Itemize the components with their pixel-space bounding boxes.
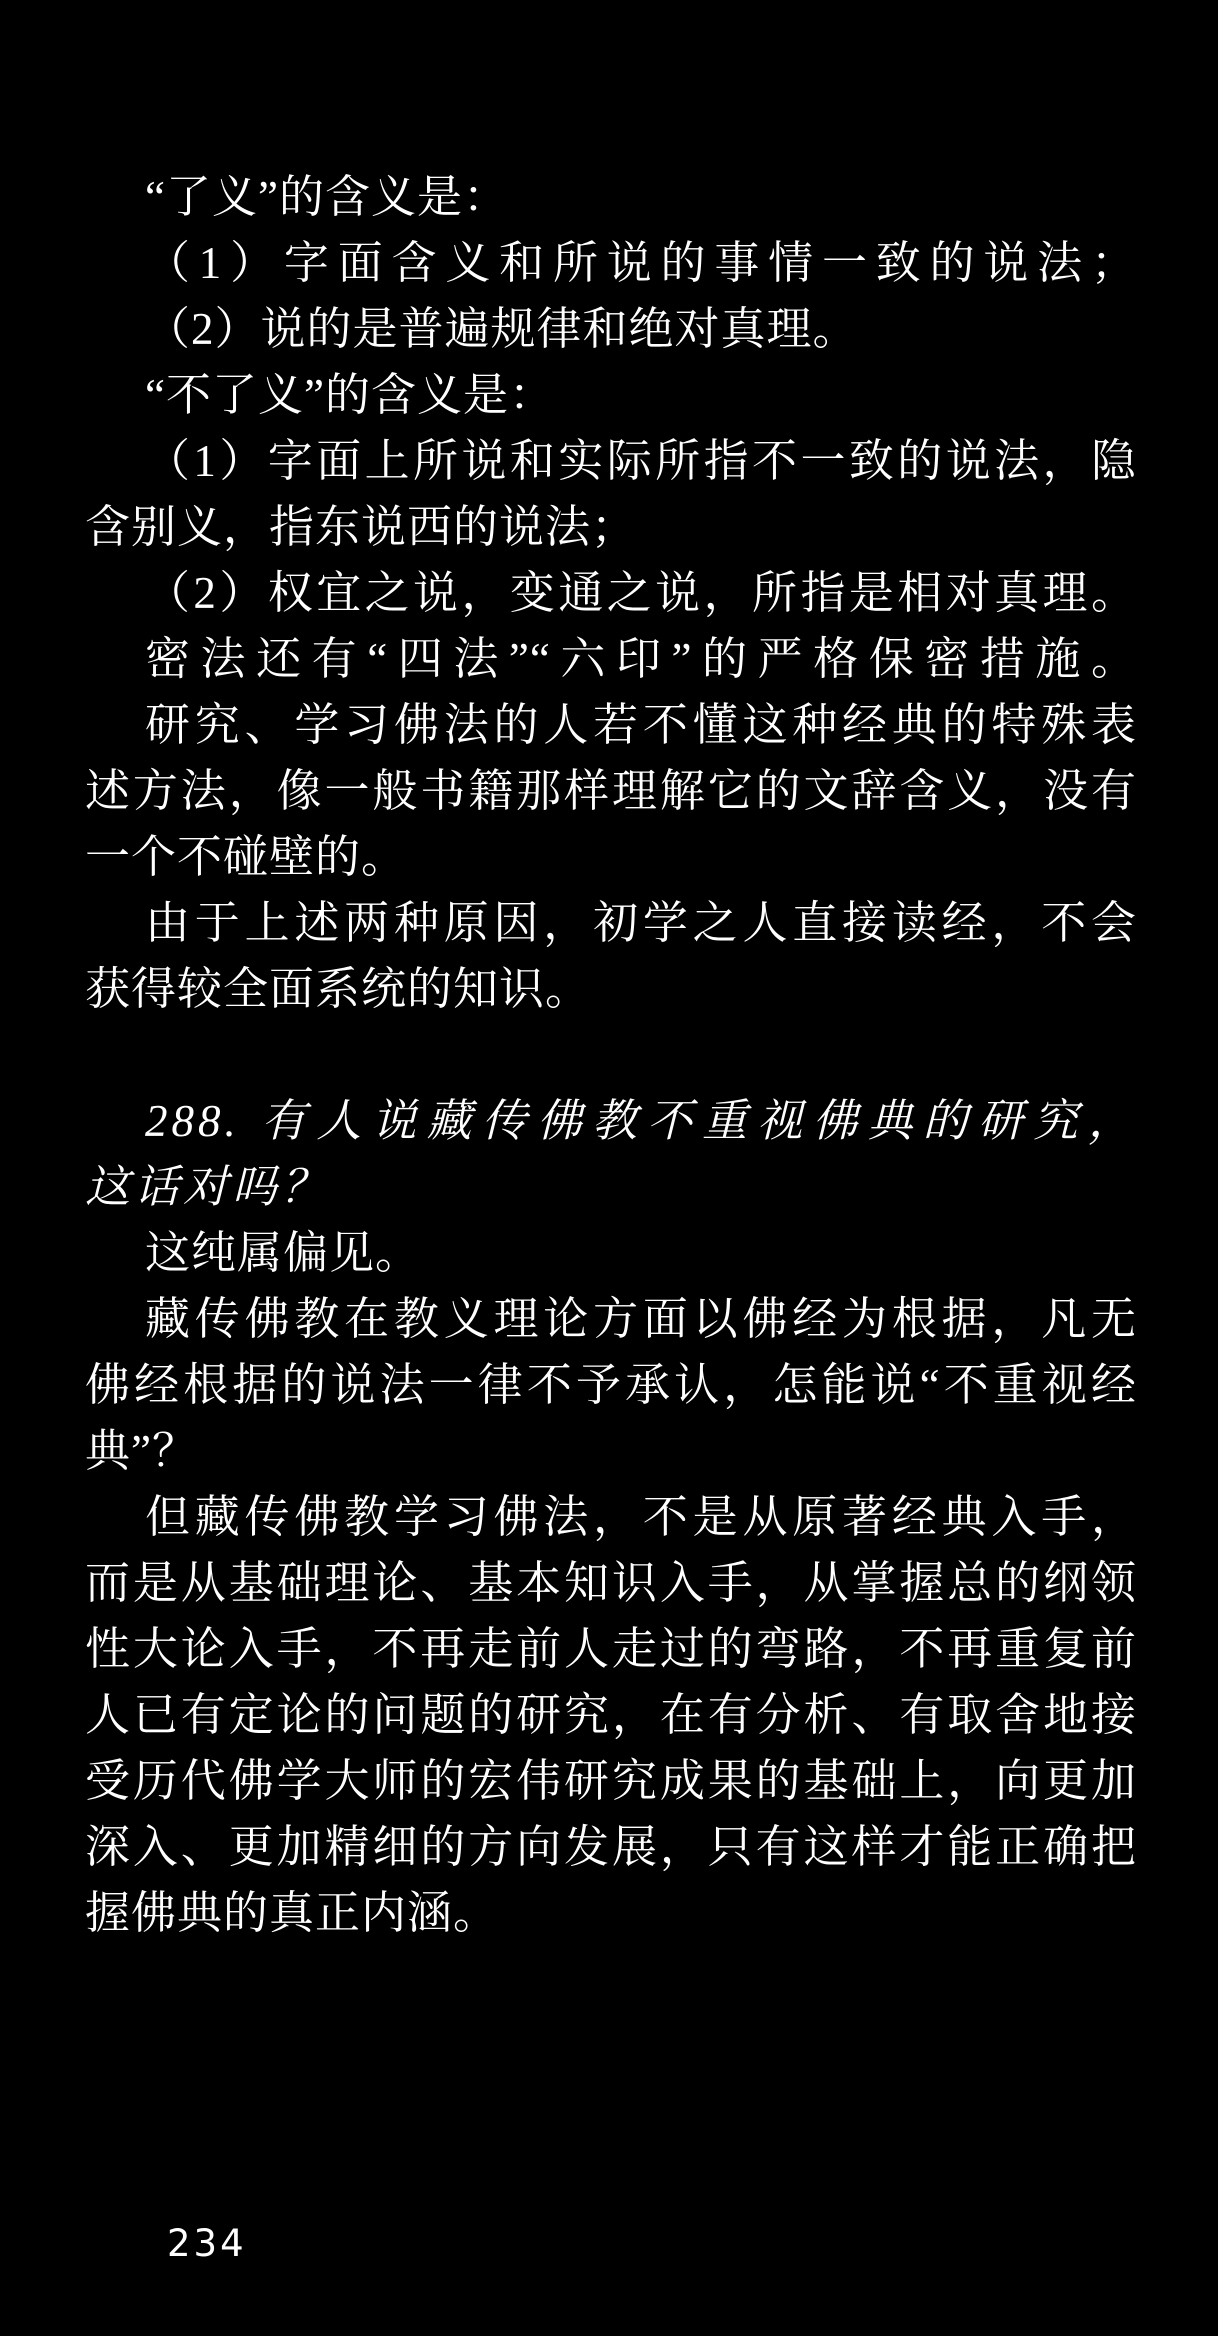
text-line: 述方法，像一般书籍那样理解它的文辞含义，没有 — [85, 758, 1137, 824]
text-line: 由于上述两种原因，初学之人直接读经，不会 — [85, 890, 1137, 956]
book-page: “了义”的含义是：（1）字面含义和所说的事情一致的说法；（2）说的是普遍规律和绝… — [0, 0, 1218, 2336]
text-line: 典”？ — [85, 1418, 1137, 1484]
text-line: 性大论入手，不再走前人走过的弯路，不再重复前 — [85, 1616, 1137, 1682]
page-text: “了义”的含义是：（1）字面含义和所说的事情一致的说法；（2）说的是普遍规律和绝… — [85, 164, 1137, 1946]
text-line: （2）说的是普遍规律和绝对真理。 — [85, 296, 1137, 362]
text-line: 藏传佛教在教义理论方面以佛经为根据，凡无 — [85, 1286, 1137, 1352]
text-line: 人已有定论的问题的研究，在有分析、有取舍地接 — [85, 1682, 1137, 1748]
text-line: 深入、更加精细的方向发展，只有这样才能正确把 — [85, 1814, 1137, 1880]
text-line: “了义”的含义是： — [85, 164, 1137, 230]
text-line: （1）字面含义和所说的事情一致的说法； — [85, 230, 1137, 296]
text-line: （1）字面上所说和实际所指不一致的说法，隐 — [85, 428, 1137, 494]
text-line: 获得较全面系统的知识。 — [85, 956, 1137, 1022]
text-line: 密法还有“四法”“六印”的严格保密措施。 — [85, 626, 1137, 692]
text-line: “不了义”的含义是： — [85, 362, 1137, 428]
text-line: 佛经根据的说法一律不予承认，怎能说“不重视经 — [85, 1352, 1137, 1418]
page-number: 234 — [167, 2222, 247, 2266]
text-line: 研究、学习佛法的人若不懂这种经典的特殊表 — [85, 692, 1137, 758]
text-line: 握佛典的真正内涵。 — [85, 1880, 1137, 1946]
text-line: 含别义，指东说西的说法； — [85, 494, 1137, 560]
section-heading-line: 这话对吗？ — [85, 1154, 1137, 1220]
text-line: 但藏传佛教学习佛法，不是从原著经典入手， — [85, 1484, 1137, 1550]
text-line: （2）权宜之说，变通之说，所指是相对真理。 — [85, 560, 1137, 626]
text-line: 受历代佛学大师的宏伟研究成果的基础上，向更加 — [85, 1748, 1137, 1814]
section-heading-line: 288. 有人说藏传佛教不重视佛典的研究， — [85, 1088, 1137, 1154]
text-line: 这纯属偏见。 — [85, 1220, 1137, 1286]
text-line: 一个不碰壁的。 — [85, 824, 1137, 890]
blank-line — [85, 1022, 1137, 1088]
text-line: 而是从基础理论、基本知识入手，从掌握总的纲领 — [85, 1550, 1137, 1616]
